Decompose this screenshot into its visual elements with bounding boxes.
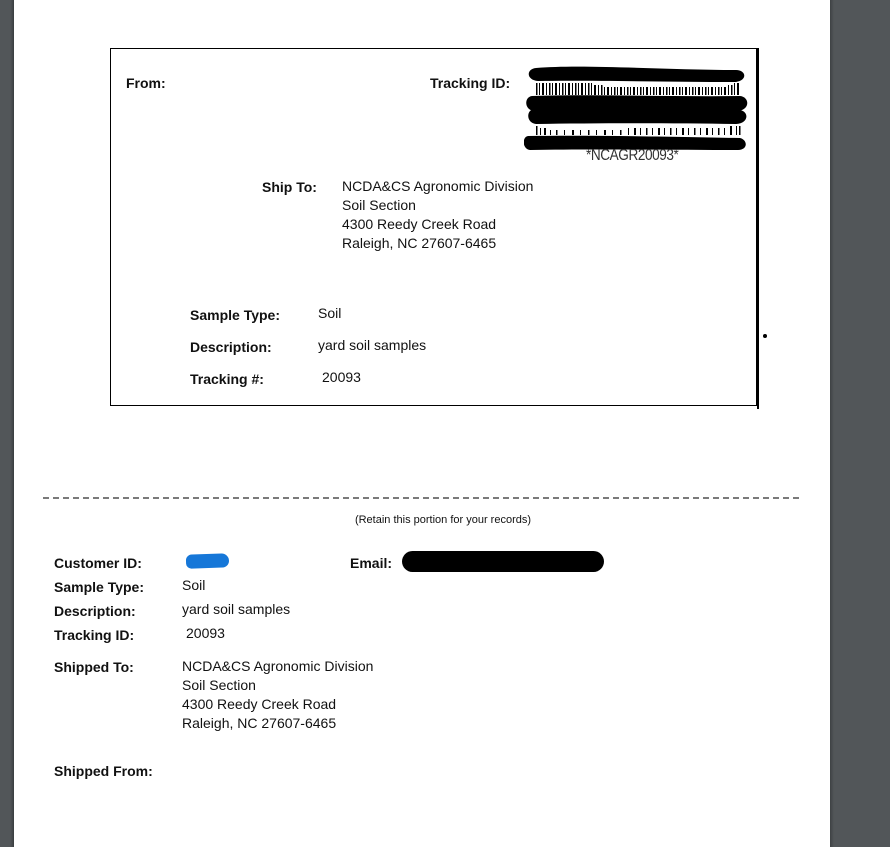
retain-note: (Retain this portion for your records) [0, 514, 888, 526]
description-label: Description: [190, 339, 272, 355]
redacted-customer-id [186, 553, 229, 568]
shipped-to-address: NCDA&CS Agronomic Division Soil Section … [182, 657, 373, 733]
email-label: Email: [350, 555, 392, 571]
from-label: From: [126, 75, 166, 91]
redacted-barcode [524, 64, 748, 152]
receipt-tracking-id-value: 20093 [186, 625, 225, 641]
redacted-email [402, 551, 604, 572]
stray-dot [763, 334, 767, 338]
tracking-number-label: Tracking #: [190, 371, 264, 387]
tracking-number-value: 20093 [322, 369, 361, 385]
receipt-tracking-id-label: Tracking ID: [54, 627, 134, 643]
address-line: Raleigh, NC 27607-6465 [182, 714, 373, 733]
address-line: Soil Section [182, 676, 373, 695]
shipped-to-label: Shipped To: [54, 659, 134, 675]
address-line: 4300 Reedy Creek Road [342, 215, 533, 234]
redaction-scribble [524, 67, 747, 150]
receipt-description-value: yard soil samples [182, 601, 290, 617]
receipt-description-label: Description: [54, 603, 136, 619]
shipping-label-box-edge [757, 48, 759, 409]
description-value: yard soil samples [318, 337, 426, 353]
address-line: NCDA&CS Agronomic Division [342, 177, 533, 196]
address-line: 4300 Reedy Creek Road [182, 695, 373, 714]
cut-line-divider [43, 497, 799, 499]
page-shadow-right [830, 0, 834, 847]
sample-type-label: Sample Type: [190, 307, 280, 323]
receipt-sample-type-label: Sample Type: [54, 579, 144, 595]
address-line: Raleigh, NC 27607-6465 [342, 234, 533, 253]
ship-to-address: NCDA&CS Agronomic Division Soil Section … [342, 177, 533, 253]
address-line: NCDA&CS Agronomic Division [182, 657, 373, 676]
customer-id-label: Customer ID: [54, 555, 142, 571]
barcode-caption: *NCAGR20093* [586, 147, 678, 165]
ship-to-label: Ship To: [262, 179, 317, 195]
tracking-id-label: Tracking ID: [430, 75, 510, 91]
sample-type-value: Soil [318, 305, 341, 321]
shipped-from-label: Shipped From: [54, 763, 153, 779]
address-line: Soil Section [342, 196, 533, 215]
receipt-sample-type-value: Soil [182, 577, 205, 593]
